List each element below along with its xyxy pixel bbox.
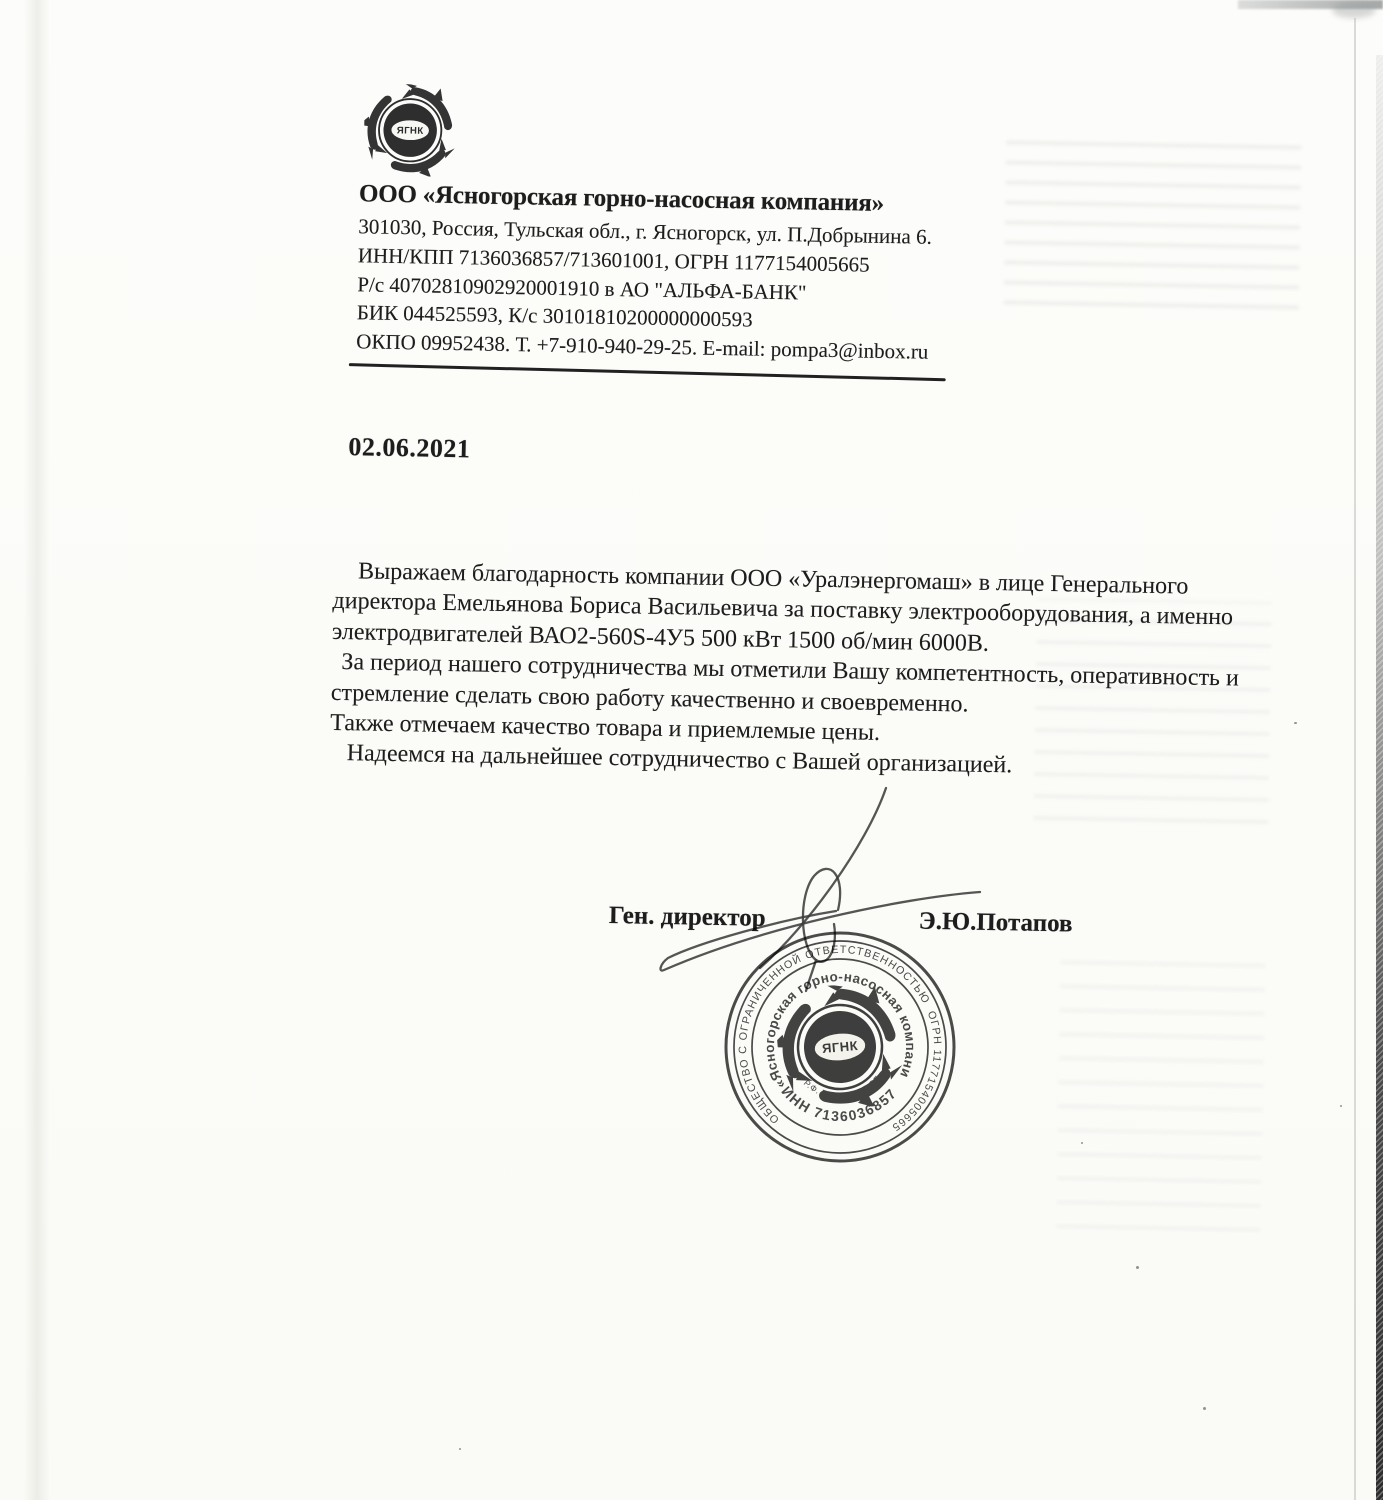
- scanned-letter-page: ООО «Ясногорская горно-насосная компания…: [0, 0, 1383, 1500]
- dust-speck: [459, 1448, 461, 1450]
- company-seal: ОБЩЕСТВО С ОГРАНИЧЕННОЙ ОТВЕТСТВЕННОСТЬЮ…: [699, 906, 981, 1188]
- company-name: ООО «Ясногорская горно-насосная компания…: [359, 180, 919, 218]
- letter-date: 02.06.2021: [348, 432, 471, 464]
- company-logo: [359, 83, 461, 177]
- letterhead-details: 301030, Россия, Тульская обл., г. Ясного…: [356, 212, 1059, 369]
- dust-speck: [1136, 1266, 1139, 1269]
- dust-speck: [1081, 1142, 1083, 1144]
- scan-edge-shadow: [1376, 55, 1383, 1500]
- scanner-band-artifact: [24, 0, 50, 1500]
- dust-speck: [1203, 1407, 1206, 1410]
- letter-body: Выражаем благодарность компании ООО «Ура…: [329, 556, 1345, 787]
- dust-speck: [1340, 1105, 1342, 1107]
- letterhead-divider: [349, 363, 946, 381]
- scan-smudge: [1332, 2, 1376, 18]
